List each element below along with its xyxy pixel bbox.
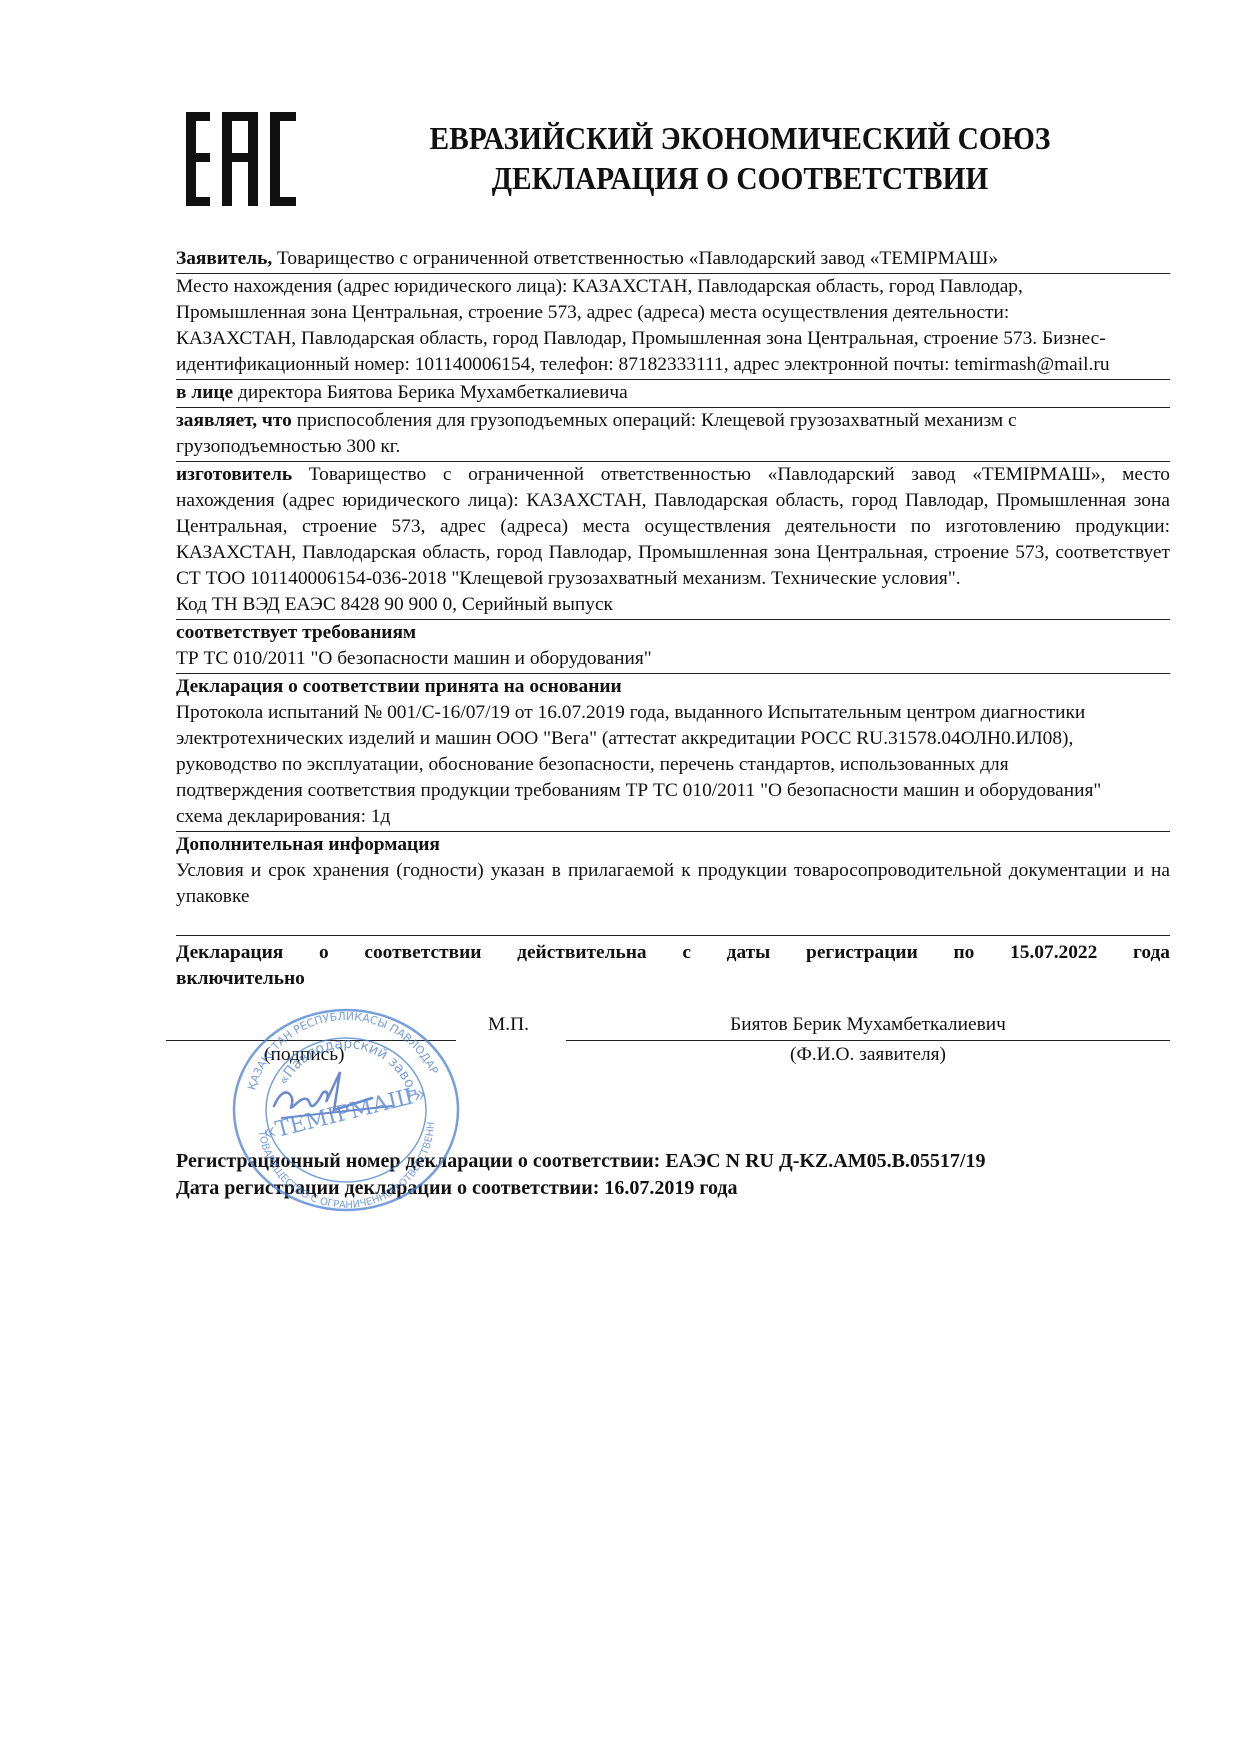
declares-section: заявляет, что приспособления для грузопо… <box>176 408 1170 462</box>
basis-text: Протокола испытаний № 001/С-16/07/19 от … <box>176 700 1170 804</box>
basis-section: Декларация о соответствии принята на осн… <box>176 674 1170 832</box>
applicant-address-section: Место нахождения (адрес юридического лиц… <box>176 274 1170 380</box>
declares-label: заявляет, что <box>176 410 292 431</box>
declaration-body: Заявитель, Товарищество с ограниченной о… <box>176 246 1170 1202</box>
represented-by-label: в лице <box>176 382 233 403</box>
validity-text: Декларация о соответствии действительна … <box>176 940 1170 966</box>
title-line-2: ДЕКЛАРАЦИЯ О СООТВЕТСТВИИ <box>363 158 1117 198</box>
registration-date: Дата регистрации декларации о соответств… <box>176 1175 1170 1202</box>
validity-statement: Декларация о соответствии действительна … <box>176 940 1170 992</box>
name-line <box>566 1040 1170 1041</box>
applicant-full-name: Биятов Берик Мухамбеткалиевич <box>566 1014 1170 1036</box>
manufacturer-text: Товарищество с ограниченной ответственно… <box>176 464 1170 589</box>
registration-number: Регистрационный номер декларации о соотв… <box>176 1148 1170 1175</box>
represented-by-text: директора Биятова Берика Мухамбеткалиеви… <box>233 382 628 403</box>
validity-inclusive: включительно <box>176 966 1170 992</box>
divider <box>176 911 1170 936</box>
requirements-label: соответствует требованиям <box>176 622 416 643</box>
name-caption: (Ф.И.О. заявителя) <box>566 1044 1170 1066</box>
signature-caption: (подпись) <box>264 1044 345 1066</box>
signature-row: (подпись) М.П. Биятов Берик Мухамбеткали… <box>176 1006 1170 1086</box>
represented-by-section: в лице директора Биятова Берика Мухамбет… <box>176 380 1170 408</box>
applicant-name-section: Заявитель, Товарищество с ограниченной о… <box>176 246 1170 274</box>
requirements-section: соответствует требованиям ТР ТС 010/2011… <box>176 620 1170 674</box>
declares-text: приспособления для грузоподъемных операц… <box>176 410 1017 457</box>
document-title: ЕВРАЗИЙСКИЙ ЭКОНОМИЧЕСКИЙ СОЮЗ ДЕКЛАРАЦИ… <box>363 118 1117 198</box>
additional-info-label: Дополнительная информация <box>176 834 440 855</box>
declaration-scheme: схема декларирования: 1д <box>176 804 1170 830</box>
additional-info-text: Условия и срок хранения (годности) указа… <box>176 858 1170 910</box>
eac-logo <box>186 112 298 206</box>
applicant-address: Место нахождения (адрес юридического лиц… <box>176 274 1170 378</box>
hs-code: Код ТН ВЭД ЕАЭС 8428 90 900 0, Серийный … <box>176 592 1170 618</box>
requirements-text: ТР ТС 010/2011 "О безопасности машин и о… <box>176 646 1170 672</box>
manufacturer-section: изготовитель Товарищество с ограниченной… <box>176 462 1170 620</box>
registration-block: Регистрационный номер декларации о соотв… <box>176 1148 1170 1202</box>
applicant-label: Заявитель, <box>176 248 272 269</box>
seal-place-label: М.П. <box>488 1014 529 1036</box>
manufacturer-label: изготовитель <box>176 464 292 485</box>
additional-info-section: Дополнительная информация Условия и срок… <box>176 832 1170 911</box>
signature-line <box>166 1040 456 1041</box>
basis-label: Декларация о соответствии принята на осн… <box>176 676 622 697</box>
applicant-name: Товарищество с ограниченной ответственно… <box>272 248 998 269</box>
title-line-1: ЕВРАЗИЙСКИЙ ЭКОНОМИЧЕСКИЙ СОЮЗ <box>363 118 1117 158</box>
